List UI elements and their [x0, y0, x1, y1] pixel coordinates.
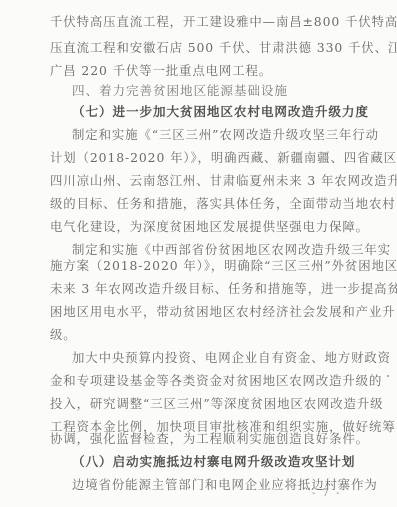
paragraph-line: 金和专项建设基金等各类资金对贫困地区农网改造升级的: [50, 373, 340, 389]
subsection-heading: （七）进一步加大贫困地区农村电网改造升级力度: [72, 104, 362, 120]
paragraph-line: 制定和实施《中西部省份贫困地区农网改造升级三年实: [72, 242, 362, 258]
subsection-heading: （八）启动实施抵边村寨电网升级改造攻坚计划: [72, 454, 362, 470]
scan-speck: [387, 375, 389, 377]
page-number: - 7 -: [312, 488, 341, 499]
paragraph-line: 加大中央预算内投资、电网企业自有资金、地方财政资: [72, 350, 362, 366]
paragraph-line: 压直流工程和安徽石店 500 千伏、甘肃洪德 330 千伏、江西: [50, 40, 340, 56]
paragraph-line: 四川凉山州、云南怒江州、甘肃临夏州未来 3 年农网改造升: [50, 173, 340, 189]
paragraph-line: 级。: [50, 327, 340, 343]
paragraph-line: 级的目标、任务和措施，落实具体任务，全面带动当地农村: [50, 196, 340, 212]
paragraph-line: 制定和实施《“三区三州”农网改造升级攻坚三年行动: [72, 127, 362, 143]
paragraph-line: 广昌 220 千伏等一批重点电网工程。: [50, 63, 340, 79]
section-heading: 四、着力完善贫困地区能源基础设施: [72, 83, 362, 99]
paragraph-line: 千伏特高压直流工程，开工建设雅中—南昌±800 千伏特高: [50, 14, 340, 30]
paragraph-line: 协调，强化监督检查，为工程顺利实施创造良好条件。: [50, 431, 340, 447]
paragraph-line: 投入，研究调整“三区三州”等深度贫困地区农网改造升级: [50, 396, 340, 412]
paragraph-line: 未来 3 年农网改造升级目标、任务和措施等，进一步提高贫: [50, 281, 340, 297]
paragraph-line: 计划（2018-2020 年）》，明确西藏、新疆南疆、四省藏区、: [50, 150, 340, 166]
paragraph-line: 困地区用电水平，带动贫困地区农村经济社会发展和产业升: [50, 304, 340, 320]
document-page: 千伏特高压直流工程，开工建设雅中—南昌±800 千伏特高 压直流工程和安徽石店 …: [0, 0, 397, 507]
paragraph-line: 施方案（2018-2020 年）》，明确除“三区三州”外贫困地区: [50, 258, 340, 274]
paragraph-line: 电气化建设，为深度贫困地区发展提供坚强电力保障。: [50, 219, 340, 235]
